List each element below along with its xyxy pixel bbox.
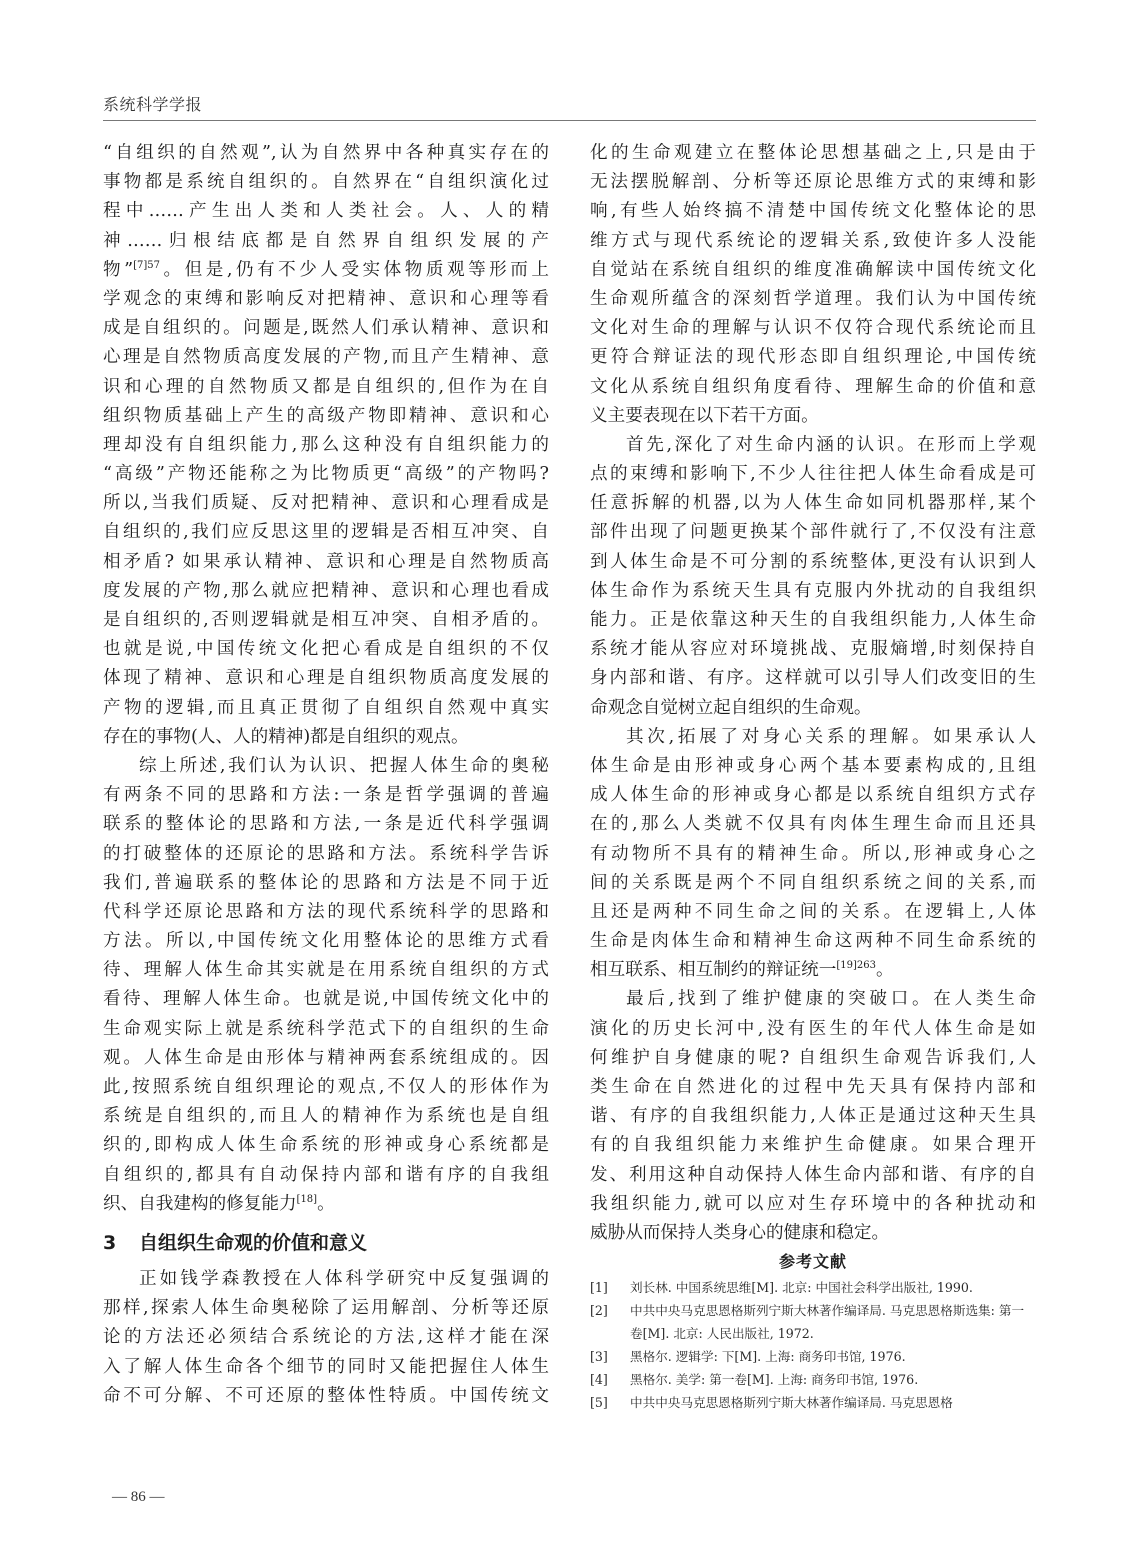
text-line: 间的关系既是两个不同自组织系统之间的关系,而: [590, 869, 1036, 898]
text-line: 演化的历史长河中,没有医生的年代人体生命是如: [590, 1015, 1036, 1044]
citation-7[interactable]: [7]57: [133, 260, 160, 271]
section-number: 3: [103, 1221, 139, 1265]
text-line: 理却没有自组织能力,那么这种没有自组织能力的: [103, 431, 549, 460]
text-line: 自组织的,都具有自动保持内部和谐有序的自我组: [103, 1161, 549, 1190]
text-line: 程中……产生出人类和人类社会。人、人的精: [103, 197, 549, 226]
reference-item: [5]中共中央马克思恩格斯列宁斯大林著作编译局. 马克思恩格: [590, 1391, 1036, 1414]
text-line: 学观念的束缚和影响反对把精神、意识和心理等看: [103, 285, 549, 314]
text-line: 有两条不同的思路和方法:一条是哲学强调的普遍: [103, 781, 549, 810]
section-heading: 3自组织生命观的价值和意义: [103, 1221, 549, 1265]
text-line: 织、自我建构的修复能力[18]。: [103, 1190, 549, 1219]
text-line: “自组织的自然观”,认为自然界中各种真实存在的: [103, 139, 549, 168]
reference-item: [2]中共中央马克思恩格斯列宁斯大林著作编译局. 马克思恩格斯选集: 第一卷[M…: [590, 1299, 1036, 1345]
text-line: 发、利用这种自动保持人体生命内部和谐、有序的自: [590, 1161, 1036, 1190]
text-line: 事物都是系统自组织的。自然界在“自组织演化过: [103, 168, 549, 197]
text-line: 度发展的产物,那么就应把精神、意识和心理也看成: [103, 577, 549, 606]
text-line: 且还是两种不同生命之间的关系。在逻辑上,人体: [590, 898, 1036, 927]
text-line: 联系的整体论的思路和方法,一条是近代科学强调: [103, 810, 549, 839]
text-line: 那样,探索人体生命奥秘除了运用解剖、分析等还原: [103, 1294, 549, 1323]
text-line: 无法摆脱解剖、分析等还原论思维方式的束缚和影: [590, 168, 1036, 197]
text-line: 类生命在自然进化的过程中先天具有保持内部和: [590, 1073, 1036, 1102]
text-line: 到人体生命是不可分割的系统整体,更没有认识到人: [590, 548, 1036, 577]
text-line: 系统是自组织的,而且人的精神作为系统也是自组: [103, 1102, 549, 1131]
text-line: 任意拆解的机器,以为人体生命如同机器那样,某个: [590, 489, 1036, 518]
text-line: 点的束缚和影响下,不少人往往把人体生命看成是可: [590, 460, 1036, 489]
text-line: 维方式与现代系统论的逻辑关系,致使许多人没能: [590, 227, 1036, 256]
text-line: 成是自组织的。问题是,既然人们承认精神、意识和: [103, 314, 549, 343]
text-line: 神……归根结底都是自然界自组织发展的产: [103, 227, 549, 256]
text-line: 自觉站在系统自组织的维度准确解读中国传统文化: [590, 256, 1036, 285]
text-line: 在的,那么人类就不仅具有肉体生理生命而且还具: [590, 810, 1036, 839]
text-line: 何维护自身健康的呢? 自组织生命观告诉我们,人: [590, 1044, 1036, 1073]
section-title: 自组织生命观的价值和意义: [139, 1232, 367, 1254]
paragraph-start: 综上所述,我们认为认识、把握人体生命的奥秘: [103, 752, 549, 781]
text-line: 论的方法还必须结合系统论的方法,这样才能在深: [103, 1323, 549, 1352]
text-line: 物”[7]57。但是,仍有不少人受实体物质观等形而上: [103, 256, 549, 285]
text-line: 威胁从而保持人类身心的健康和稳定。: [590, 1219, 1036, 1248]
header-rule: [103, 120, 1036, 121]
text-line: 代科学还原论思路和方法的现代系统科学的思路和: [103, 898, 549, 927]
paragraph-start: 其次,拓展了对身心关系的理解。如果承认人: [590, 723, 1036, 752]
text-line: 部件出现了问题更换某个部件就行了,不仅没有注意: [590, 518, 1036, 547]
text-line: 谐、有序的自我组织能力,人体正是通过这种天生具: [590, 1102, 1036, 1131]
text-line: 存在的事物(人、人的精神)都是自组织的观点。: [103, 723, 549, 752]
text-line: 义主要表现在以下若干方面。: [590, 402, 1036, 431]
text-line: 相互联系、相互制约的辩证统一[19]263。: [590, 956, 1036, 985]
text-line: 是自组织的,否则逻辑就是相互冲突、自相矛盾的。: [103, 606, 549, 635]
right-column: 化的生命观建立在整体论思想基础之上,只是由于 无法摆脱解剖、分析等还原论思维方式…: [590, 139, 1036, 1414]
text-line: 看待、理解人体生命。也就是说,中国传统文化中的: [103, 985, 549, 1014]
text-line: “高级”产物还能称之为比物质更“高级”的产物吗?: [103, 460, 549, 489]
references-title: 参考文献: [590, 1248, 1036, 1276]
running-head-journal-title: 系统科学学报: [103, 92, 202, 115]
text-line: 我们,普遍联系的整体论的思路和方法是不同于近: [103, 869, 549, 898]
text-line: 方法。所以,中国传统文化用整体论的思维方式看: [103, 927, 549, 956]
paragraph-start: 首先,深化了对生命内涵的认识。在形而上学观: [590, 431, 1036, 460]
text-line: 生命观实际上就是系统科学范式下的自组织的生命: [103, 1015, 549, 1044]
text-line: 命不可分解、不可还原的整体性特质。中国传统文: [103, 1382, 549, 1411]
reference-item: [4]黑格尔. 美学: 第一卷[M]. 上海: 商务印书馆, 1976.: [590, 1368, 1036, 1391]
text-line: 组织物质基础上产生的高级产物即精神、意识和心: [103, 402, 549, 431]
citation-19[interactable]: [19]263: [836, 960, 876, 971]
text-line: 文化对生命的理解与认识不仅符合现代系统论而且: [590, 314, 1036, 343]
text-line: 体生命是由形神或身心两个基本要素构成的,且组: [590, 752, 1036, 781]
text-line: 生命观所蕴含的深刻哲学道理。我们认为中国传统: [590, 285, 1036, 314]
text-line: 响,有些人始终搞不清楚中国传统文化整体论的思: [590, 197, 1036, 226]
text-line: 所以,当我们质疑、反对把精神、意识和心理看成是: [103, 489, 549, 518]
text-line: 的打破整体的还原论的思路和方法。系统科学告诉: [103, 840, 549, 869]
paragraph-start: 正如钱学森教授在人体科学研究中反复强调的: [103, 1265, 549, 1294]
paragraph-start: 最后,找到了维护健康的突破口。在人类生命: [590, 985, 1036, 1014]
citation-18[interactable]: [18]: [297, 1194, 318, 1205]
text-line: 命观念自觉树立起自组织的生命观。: [590, 694, 1036, 723]
left-column: “自组织的自然观”,认为自然界中各种真实存在的 事物都是系统自组织的。自然界在“…: [103, 139, 549, 1411]
text-line: 待、理解人体生命其实就是在用系统自组织的方式: [103, 956, 549, 985]
text-line: 织的,即构成人体生命系统的形神或身心系统都是: [103, 1131, 549, 1160]
text-line: 更符合辩证法的现代形态即自组织理论,中国传统: [590, 343, 1036, 372]
text-line: 也就是说,中国传统文化把心看成是自组织的不仅: [103, 635, 549, 664]
text-line: 识和心理的自然物质又都是自组织的,但作为在自: [103, 373, 549, 402]
reference-item: [3]黑格尔. 逻辑学: 下[M]. 上海: 商务印书馆, 1976.: [590, 1345, 1036, 1368]
text-line: 有的自我组织能力来维护生命健康。如果合理开: [590, 1131, 1036, 1160]
text-line: 自组织的,我们应反思这里的逻辑是否相互冲突、自: [103, 518, 549, 547]
text-line: 身内部和谐、有序。这样就可以引导人们改变旧的生: [590, 664, 1036, 693]
text-line: 观。人体生命是由形体与精神两套系统组成的。因: [103, 1044, 549, 1073]
text-line: 心理是自然物质高度发展的产物,而且产生精神、意: [103, 343, 549, 372]
text-line: 成人体生命的形神或身心都是以系统自组织方式存: [590, 781, 1036, 810]
text-line: 有动物所不具有的精神生命。所以,形神或身心之: [590, 840, 1036, 869]
page-number: — 86 —: [112, 1489, 165, 1506]
text-line: 入了解人体生命各个细节的同时又能把握住人体生: [103, 1353, 549, 1382]
reference-item: [1]刘长林. 中国系统思维[M]. 北京: 中国社会科学出版社, 1990.: [590, 1276, 1036, 1299]
text-line: 体现了精神、意识和心理是自组织物质高度发展的: [103, 664, 549, 693]
text-line: 化的生命观建立在整体论思想基础之上,只是由于: [590, 139, 1036, 168]
text-line: 此,按照系统自组织理论的观点,不仅人的形体作为: [103, 1073, 549, 1102]
text-line: 产物的逻辑,而且真正贯彻了自组织自然观中真实: [103, 694, 549, 723]
text-line: 相矛盾? 如果承认精神、意识和心理是自然物质高: [103, 548, 549, 577]
text-line: 文化从系统自组织角度看待、理解生命的价值和意: [590, 373, 1036, 402]
text-line: 系统才能从容应对环境挑战、克服熵增,时刻保持自: [590, 635, 1036, 664]
text-line: 生命是肉体生命和精神生命这两种不同生命系统的: [590, 927, 1036, 956]
text-line: 体生命作为系统天生具有克服内外扰动的自我组织: [590, 577, 1036, 606]
text-line: 能力。正是依靠这种天生的自我组织能力,人体生命: [590, 606, 1036, 635]
text-line: 我组织能力,就可以应对生存环境中的各种扰动和: [590, 1190, 1036, 1219]
